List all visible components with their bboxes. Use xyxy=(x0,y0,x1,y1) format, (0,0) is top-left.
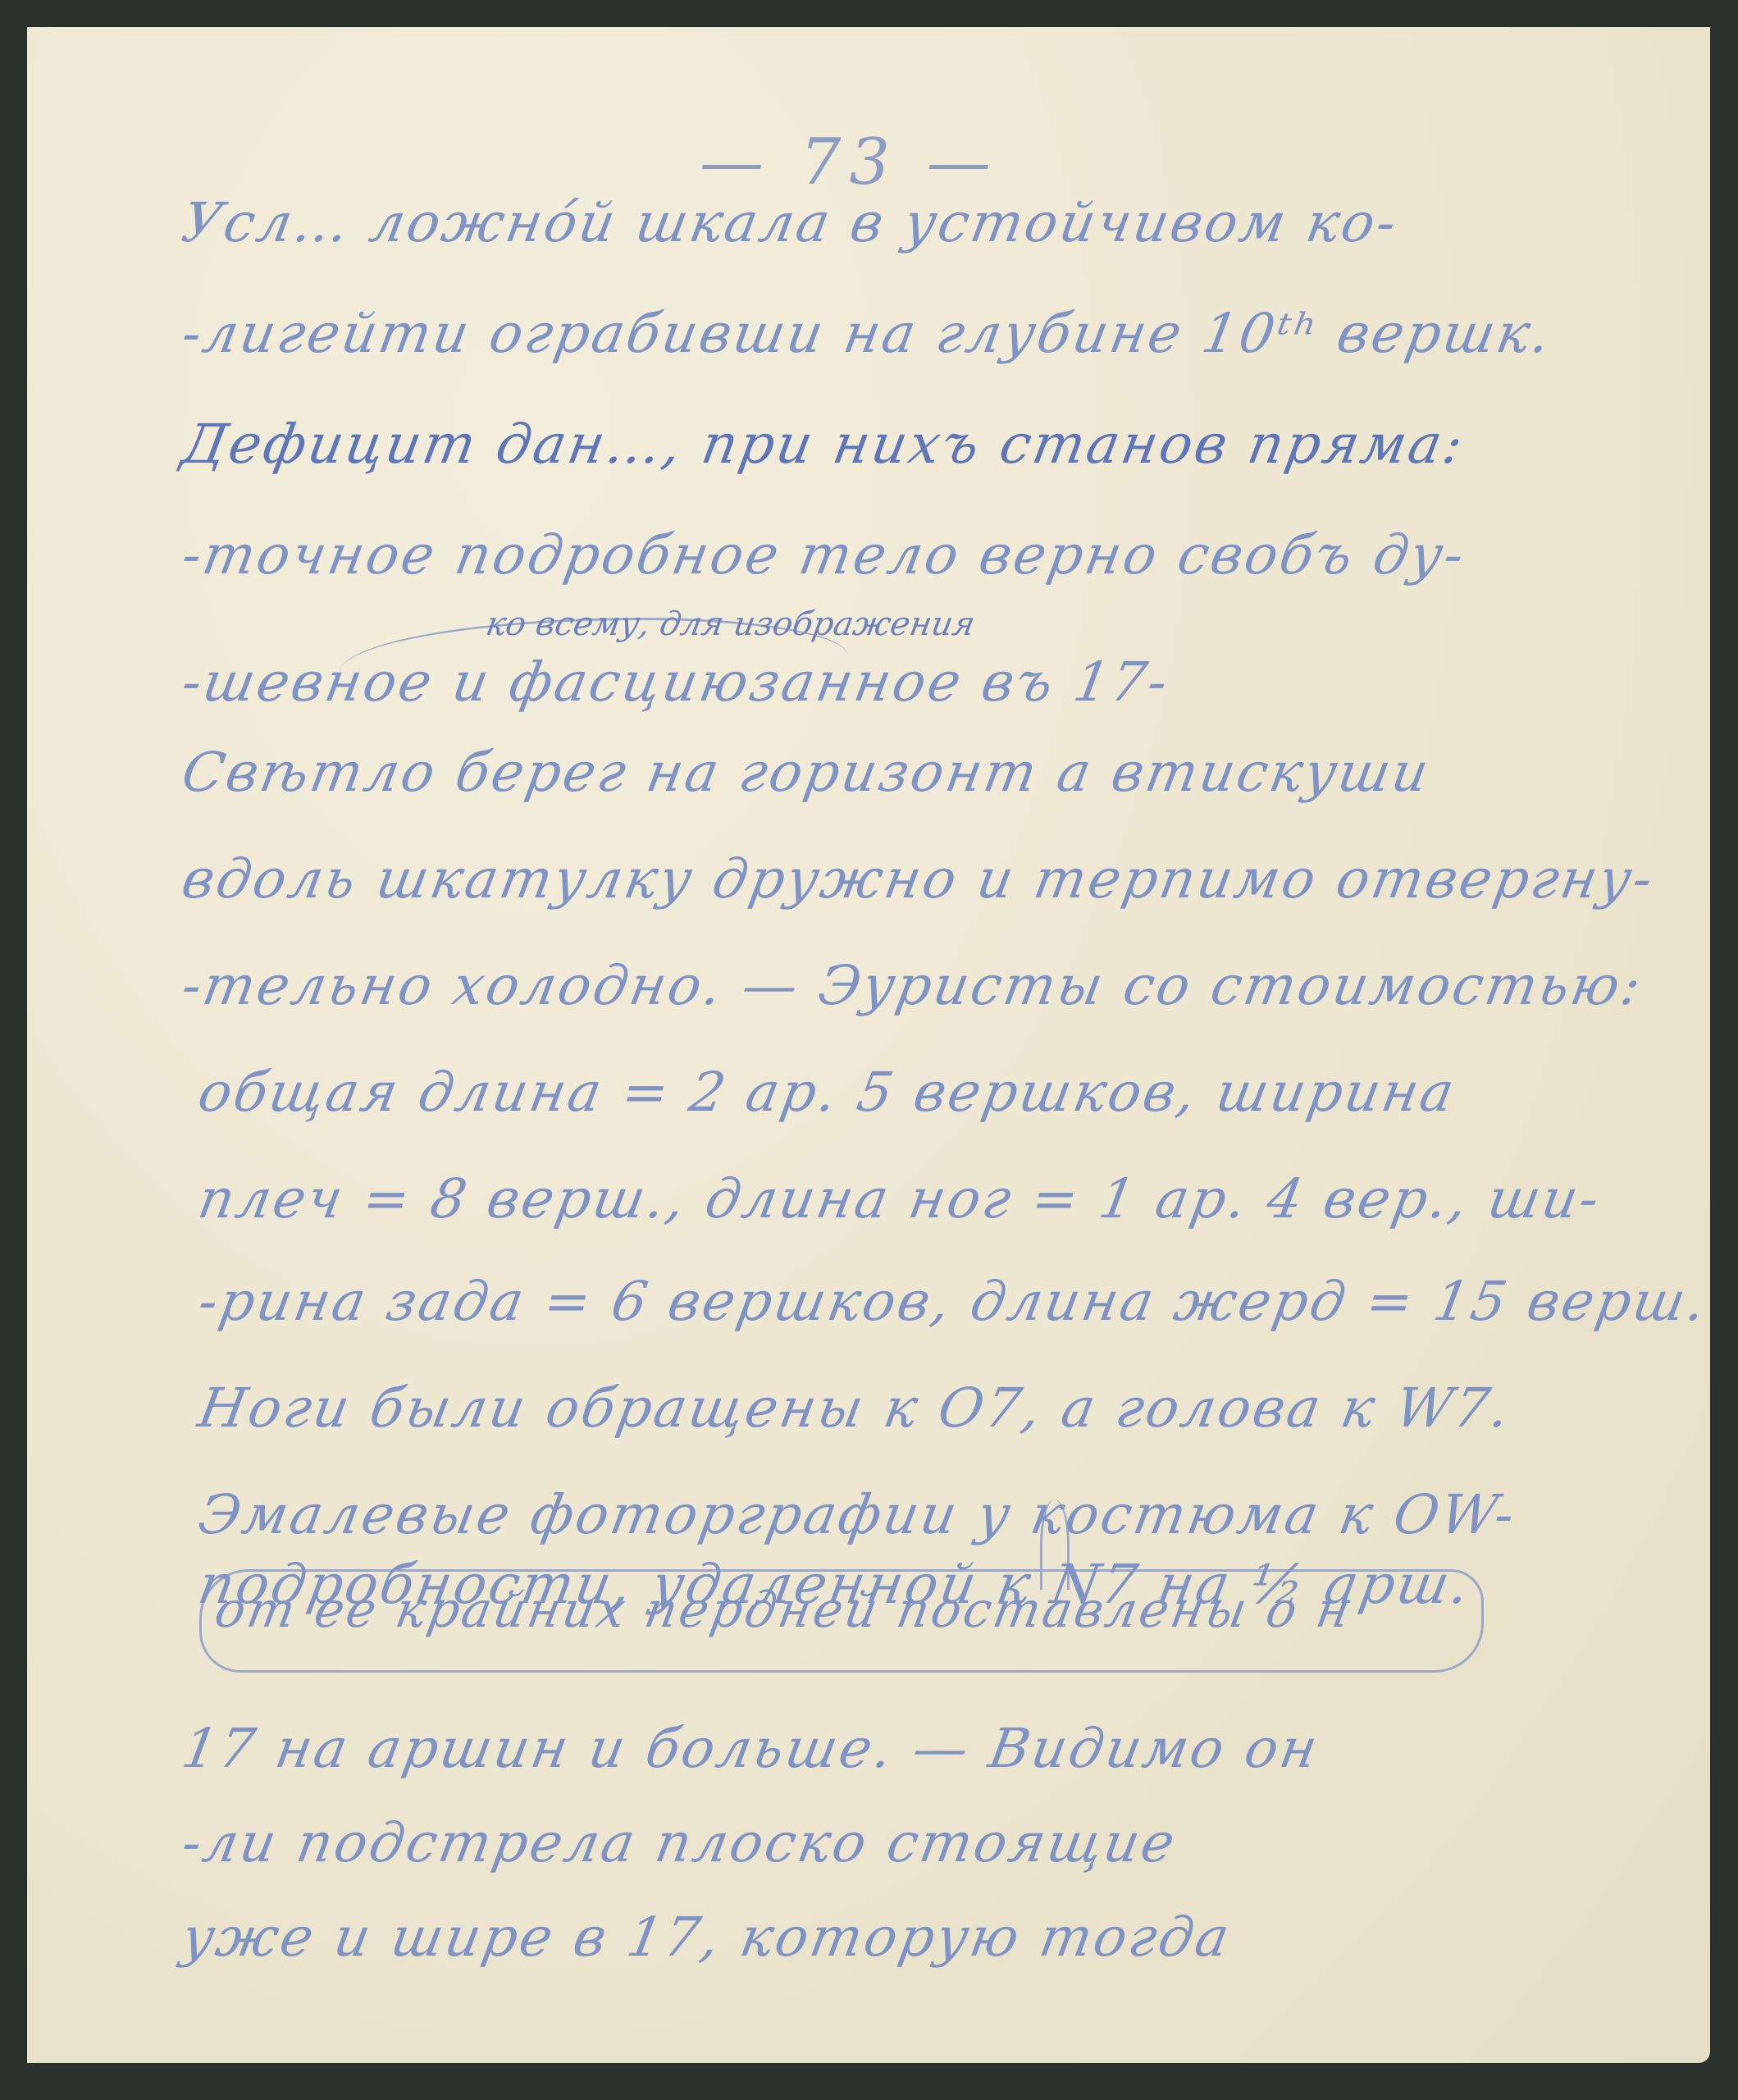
text-line-7: вдоль шкатулку дружно и терпимо отвергну… xyxy=(177,847,1659,911)
text-line-12: Ноги были обращены к О7, а голова к W7. xyxy=(194,1376,1517,1440)
page-number: — 73 — xyxy=(700,126,999,199)
interlinear-insertion: ко всему, для изображения xyxy=(483,605,978,643)
text-line-2: -лигейти ограбивши на глубине 10ᵗʰ вершк… xyxy=(177,302,1557,365)
text-line-18: уже и шире в 17, которую тогда xyxy=(177,1906,1236,1969)
text-line-11: -рина зада = 6 вершков, длина жерд = 15 … xyxy=(194,1270,1713,1333)
text-line-10: плеч = 8 верш., длина ног = 1 ар. 4 вер.… xyxy=(194,1167,1606,1230)
manuscript-page: — 73 — ко всему, для изображения Усл… ло… xyxy=(27,27,1710,2063)
text-line-9: общая длина = 2 ар. 5 вершков, ширина xyxy=(194,1061,1461,1124)
text-line-16: 17 на аршин и больше. — Видимо он xyxy=(177,1717,1324,1780)
text-line-15: от ее крайних пердней поставлены о н xyxy=(211,1582,1357,1639)
text-line-4: -точное подробное тело верно свобъ ду- xyxy=(177,523,1471,587)
text-line-8: -тельно холодно. — Эуристы со стоимостью… xyxy=(177,954,1648,1017)
text-line-6: Свѣтло берег на горизонт а втискуши xyxy=(177,741,1435,804)
text-line-3: Дефицит дан…, при нихъ станов пряма: xyxy=(177,413,1470,476)
text-line-13: Эмалевые фоторграфии у костюма к OW- xyxy=(194,1483,1521,1546)
text-line-5: -шевное и фасциюзанное въ 17- xyxy=(177,651,1175,714)
text-line-1: Усл… ложно́й шкала в устойчивом ко- xyxy=(177,191,1403,254)
text-line-17: -ли подстрела плоско стоящие xyxy=(177,1811,1182,1874)
